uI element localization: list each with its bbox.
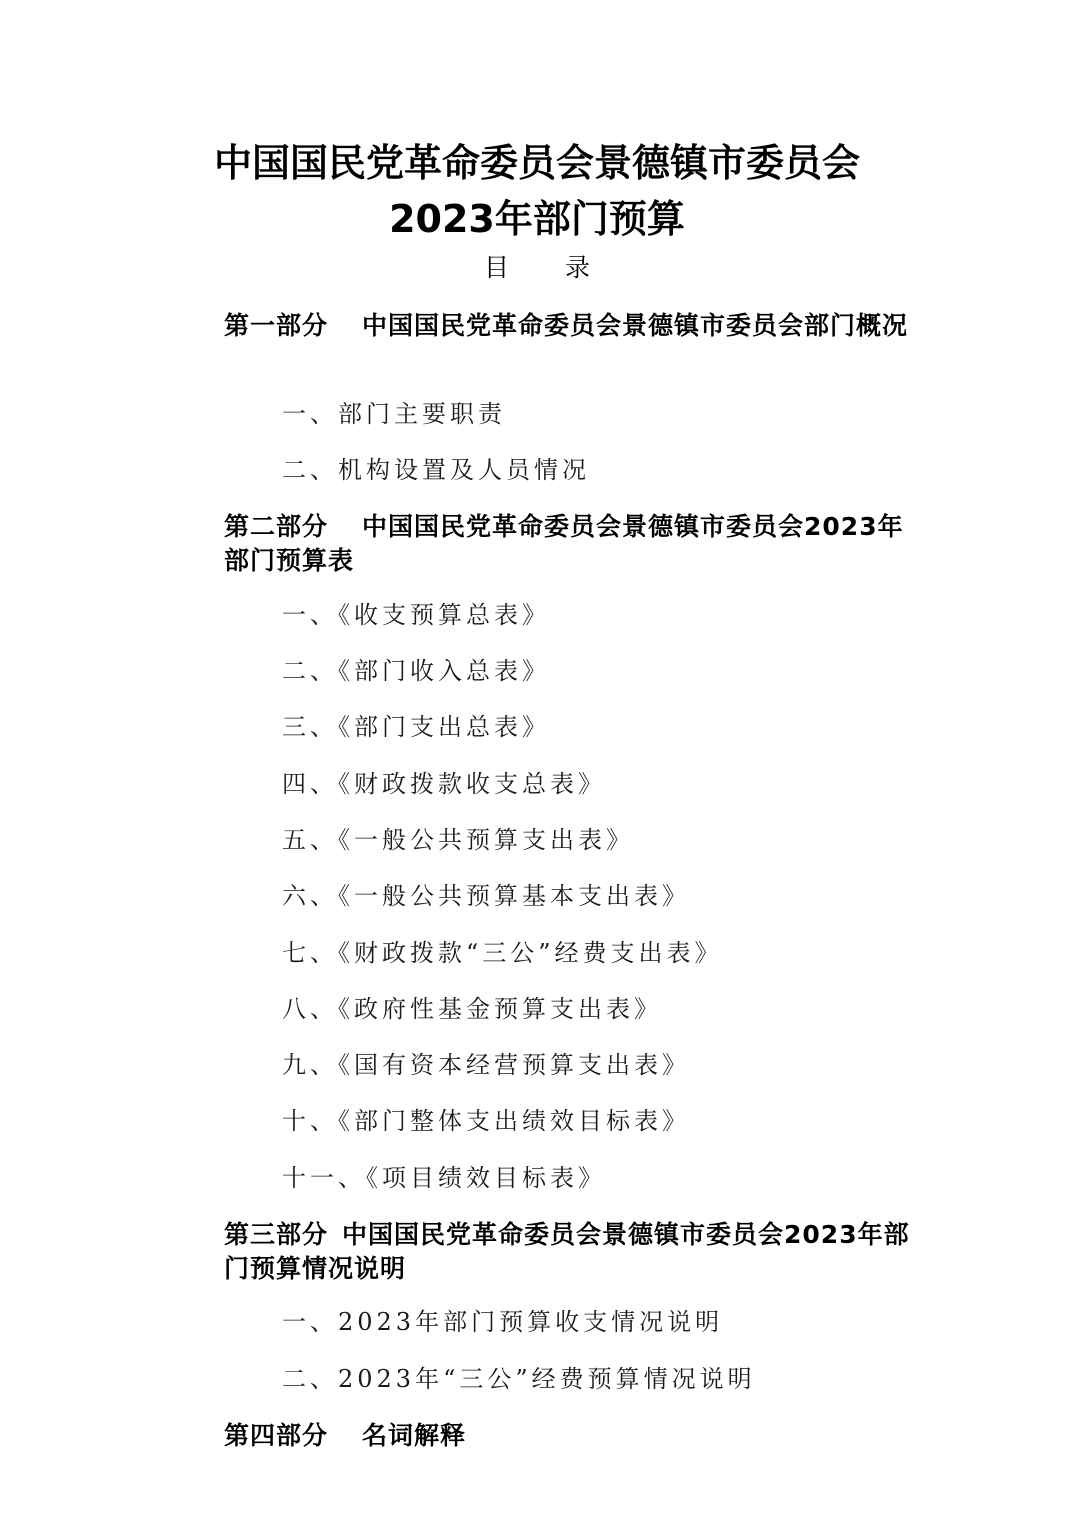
toc-item[interactable]: 十一、《项目绩效目标表》: [282, 1162, 606, 1194]
toc-item[interactable]: 二、机构设置及人员情况: [282, 454, 590, 486]
toc-part-1[interactable]: 第一部分中国国民党革命委员会景德镇市委员会部门概况: [224, 309, 914, 343]
toc-item[interactable]: 九、《国有资本经营预算支出表》: [282, 1049, 690, 1081]
toc-item[interactable]: 二、《部门收入总表》: [282, 655, 550, 687]
toc-item[interactable]: 七、《财政拨款“三公”经费支出表》: [282, 937, 723, 969]
document-page: 中国国民党革命委员会景德镇市委员会 2023年部门预算 目录 第一部分中国国民党…: [0, 0, 1074, 1520]
toc-heading-char-2: 录: [565, 250, 590, 286]
toc-item[interactable]: 四、《财政拨款收支总表》: [282, 768, 606, 800]
toc-part-3[interactable]: 第三部分中国国民党革命委员会景德镇市委员会2023年部门预算情况说明: [224, 1218, 914, 1286]
part-label: 第二部分: [224, 512, 328, 541]
toc-item[interactable]: 一、《收支预算总表》: [282, 599, 550, 631]
toc-part-4[interactable]: 第四部分名词解释: [224, 1419, 914, 1453]
part-label: 第四部分: [224, 1421, 328, 1450]
part-label: 第一部分: [224, 311, 328, 340]
toc-item[interactable]: 三、《部门支出总表》: [282, 711, 550, 743]
document-title-line2: 2023年部门预算: [0, 197, 1074, 241]
toc-item[interactable]: 二、2023年“三公”经费预算情况说明: [282, 1363, 756, 1395]
toc-item[interactable]: 一、2023年部门预算收支情况说明: [282, 1306, 723, 1338]
part-label: 第三部分: [224, 1220, 328, 1249]
toc-item[interactable]: 六、《一般公共预算基本支出表》: [282, 880, 690, 912]
toc-item[interactable]: 八、《政府性基金预算支出表》: [282, 993, 662, 1025]
toc-part-2[interactable]: 第二部分中国国民党革命委员会景德镇市委员会2023年部门预算表: [224, 510, 914, 578]
toc-item[interactable]: 一、部门主要职责: [282, 398, 506, 430]
part-title: 名词解释: [362, 1421, 466, 1450]
toc-item[interactable]: 五、《一般公共预算支出表》: [282, 824, 634, 856]
toc-heading-char-1: 目: [484, 250, 509, 286]
part-title: 中国国民党革命委员会景德镇市委员会部门概况: [362, 311, 908, 340]
document-title-line1: 中国国民党革命委员会景德镇市委员会: [0, 141, 1074, 185]
toc-heading: 目录: [0, 250, 1074, 286]
toc-item[interactable]: 十、《部门整体支出绩效目标表》: [282, 1105, 690, 1137]
